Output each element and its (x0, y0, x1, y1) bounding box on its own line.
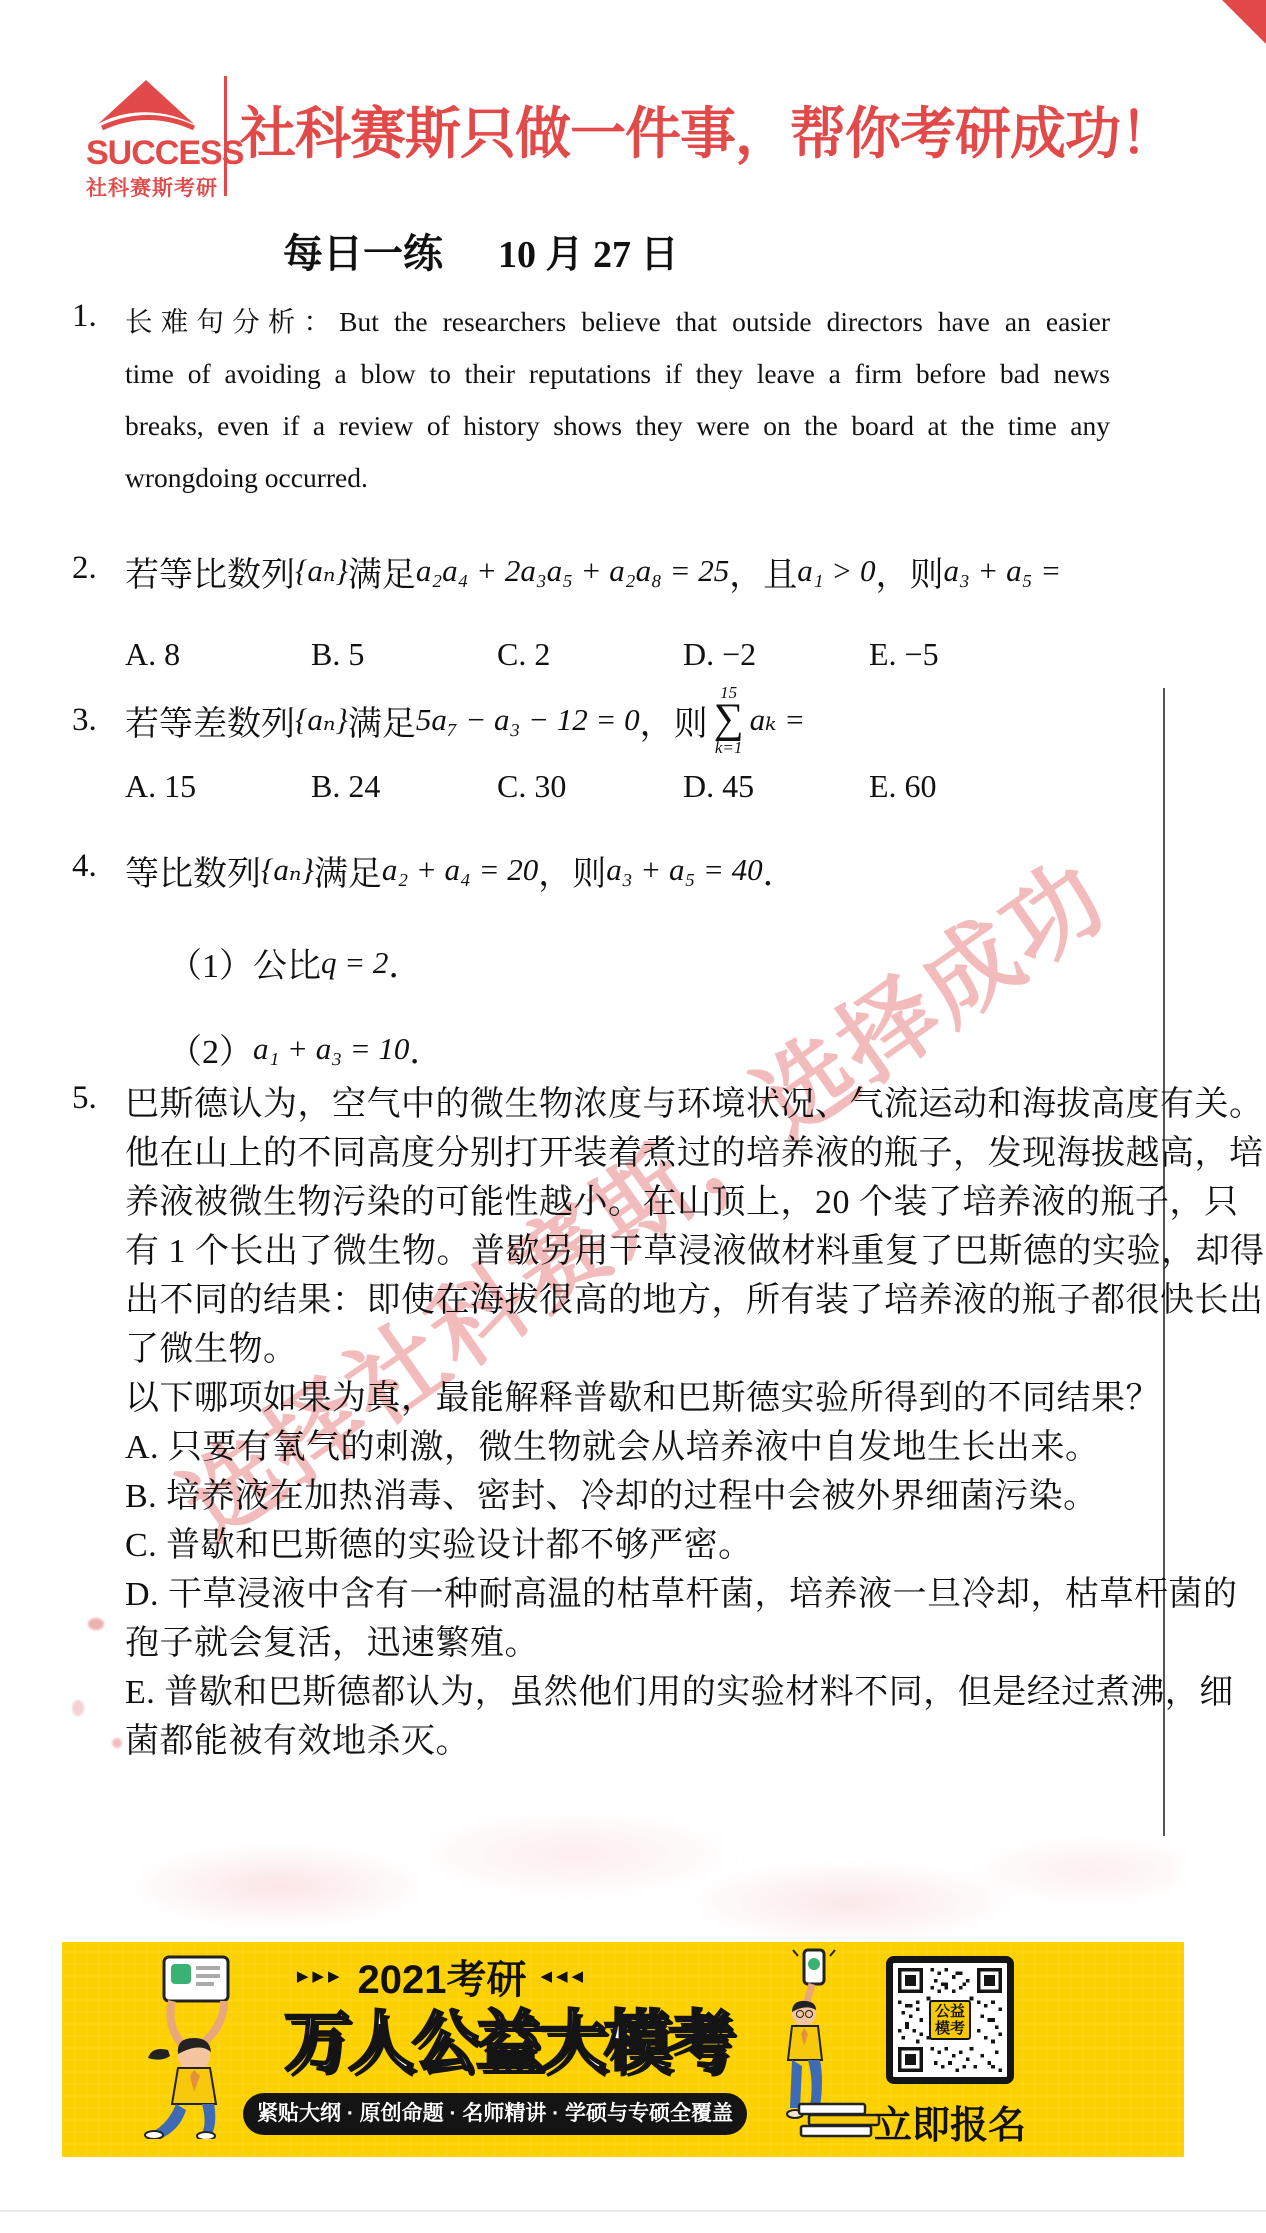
question-5-line: 巴斯德认为，空气中的微生物浓度与环境状况、气流运动和海拔高度有关。 (125, 1080, 1265, 1129)
paint-speck (112, 1738, 122, 1748)
option-label: C. 30 (497, 768, 566, 805)
cartoon-girl-with-tablet (112, 1954, 262, 2139)
daily-practice-title: 每日一练 (283, 222, 443, 279)
page-title: 每日一练 10 月 27 日 (283, 222, 679, 279)
option-line: E. 普歇和巴斯德都认为，虽然他们用的实验材料不同，但是经过煮沸，细 (125, 1668, 1265, 1717)
formula: a₃ + a₅ = (943, 553, 1061, 589)
stem-text: 若等比数列 (125, 547, 295, 596)
option-label: A. 8 (125, 636, 180, 673)
logo-sub-text: 社科赛斯考研 (86, 172, 218, 202)
option-line: D. 干草浸液中含有一种耐高温的枯草杆菌，培养液一旦冷却，枯草杆菌的 (125, 1570, 1265, 1619)
question-5-number: 5. (72, 1080, 97, 1117)
question-4-sub-2: （2） a₁ + a₃ = 10 ． (168, 1024, 443, 1073)
stem-text: 满足 (348, 696, 416, 745)
summation-symbol: 15 ∑ k=1 (714, 684, 744, 756)
option-label: C. 2 (497, 636, 550, 673)
option-label: B. 24 (311, 768, 380, 805)
question-5-prompt: 以下哪项如果为真，最能解释普歇和巴斯德实验所得到的不同结果？ (125, 1374, 1265, 1423)
stem-text: ． (763, 846, 797, 895)
stem-text: ，则 (538, 846, 606, 895)
sequence-notation: {aₙ} (295, 702, 348, 738)
option-line: A. 只要有氧气的刺激，微生物就会从培养液中自发地生长出来。 (125, 1423, 1265, 1472)
sequence-notation: {aₙ} (261, 852, 314, 888)
question-4-sub-1: （1）公比 q = 2 ． (168, 938, 422, 987)
question-5-line: 了微生物。 (125, 1325, 1265, 1374)
question-1-line: time of avoiding a blow to their reputat… (125, 348, 1110, 400)
promo-banner: ▶▶▶ 2021考研 ◀◀◀ 万人公益大模考 紧贴大纲 · 原创命题 · 名师精… (62, 1942, 1184, 2157)
question-1-line: 长难句分析：But the researchers believe that o… (125, 296, 1110, 348)
formula: aₖ = (750, 702, 805, 738)
formula: a₁ + a₃ = 10 (253, 1031, 409, 1067)
corner-triangle (1222, 0, 1266, 44)
option-label: E. 60 (869, 768, 937, 805)
stem-text: 等比数列 (125, 846, 261, 895)
formula: a₂ + a₄ = 20 (382, 852, 538, 888)
stem-text: ． (409, 1024, 443, 1073)
stem-text: 满足 (314, 846, 382, 895)
formula: a₁ > 0 (797, 553, 875, 589)
option-label: E. −5 (869, 636, 939, 673)
question-5-line: 出不同的结果：即使在海拔很高的地方，所有装了培养液的瓶子都很快长出 (125, 1276, 1265, 1325)
stem-text: 满足 (348, 547, 416, 596)
option-label: D. −2 (683, 636, 756, 673)
paint-speck (72, 1700, 84, 1716)
question-4-stem: 等比数列 {aₙ} 满足 a₂ + a₄ = 20 ，则 a₃ + a₅ = 4… (125, 846, 797, 894)
header-divider (224, 76, 227, 196)
question-3-stem: 若等差数列 {aₙ} 满足 5a₇ − a₃ − 12 = 0 ，则 15 ∑ … (125, 670, 805, 770)
option-line: 菌都能被有效地杀灭。 (125, 1717, 1265, 1766)
question-1: 长难句分析：But the researchers believe that o… (125, 296, 1110, 504)
stem-text: ． (388, 938, 422, 987)
banner-feature-pill: 紧贴大纲 · 原创命题 · 名师精讲 · 学硕与专硕全覆盖 (243, 2093, 747, 2135)
question-4-number: 4. (72, 848, 97, 885)
arrows-right-icon: ▶▶▶ (297, 1967, 344, 1986)
date-label: 10 月 27 日 (498, 223, 679, 278)
qr-code[interactable] (886, 1956, 1014, 2084)
question-3-options: A. 15 B. 24 C. 30 D. 45 E. 60 (0, 768, 1266, 812)
question-1-number: 1. (72, 298, 97, 335)
option-line: 孢子就会复活，迅速繁殖。 (125, 1619, 1265, 1668)
header-slogan: 社科赛斯只做一件事，帮你考研成功！ (240, 90, 1175, 170)
option-label: A. 15 (125, 768, 196, 805)
question-2-number: 2. (72, 550, 97, 587)
option-label: B. 5 (311, 636, 364, 673)
question-5-line: 有 1 个长出了微生物。普歇另用干草浸液做材料重复了巴斯德的实验，却得 (125, 1227, 1265, 1276)
option-label: D. 45 (683, 768, 754, 805)
question-3-number: 3. (72, 702, 97, 739)
sum-lower-limit: k=1 (715, 739, 743, 756)
banner-main-title: 万人公益大模考 (284, 1988, 732, 2083)
option-line: C. 普歇和巴斯德的实验设计都不够严密。 (125, 1521, 1265, 1570)
stem-text: ，则 (640, 696, 708, 745)
stem-text: ，且 (729, 547, 797, 596)
logo-brand-text: SUCCESS (86, 134, 243, 173)
sequence-notation: {aₙ} (295, 553, 348, 589)
paint-speck (88, 1618, 104, 1630)
formula: q = 2 (321, 945, 388, 981)
stem-text: ，则 (875, 547, 943, 596)
question-5-line: 他在山上的不同高度分别打开装着煮过的培养液的瓶子，发现海拔越高，培 (125, 1129, 1265, 1178)
signup-button[interactable]: 立即报名 (874, 2094, 1026, 2149)
formula: a₂a₄ + 2a₃a₅ + a₂a₈ = 25 (416, 553, 729, 589)
stem-text: 若等差数列 (125, 696, 295, 745)
success-logo-mountain-icon (98, 78, 198, 141)
arrows-left-icon: ◀◀◀ (540, 1967, 587, 1986)
question-2-stem: 若等比数列 {aₙ} 满足 a₂a₄ + 2a₃a₅ + a₂a₈ = 25 ，… (125, 548, 1061, 594)
question-5: 巴斯德认为，空气中的微生物浓度与环境状况、气流运动和海拔高度有关。 他在山上的不… (125, 1080, 1265, 1766)
page-bottom-edge (0, 2210, 1266, 2212)
question-1-line: breaks, even if a review of history show… (125, 400, 1110, 452)
sub-item-label: （2） (168, 1024, 253, 1073)
question-1-line: wrongdoing occurred. (125, 452, 1110, 504)
document-page: SUCCESS 社科赛斯考研 社科赛斯只做一件事，帮你考研成功！ 每日一练 10… (0, 0, 1266, 2233)
option-line: B. 培养液在加热消毒、密封、冷却的过程中会被外界细菌污染。 (125, 1472, 1265, 1521)
question-5-line: 养液被微生物污染的可能性越小。在山顶上，20 个装了培养液的瓶子，只 (125, 1178, 1265, 1227)
formula: 5a₇ − a₃ − 12 = 0 (416, 702, 640, 738)
sigma-icon: ∑ (714, 701, 744, 739)
formula: a₃ + a₅ = 40 (606, 852, 762, 888)
sub-item-label: （1）公比 (168, 938, 321, 987)
watercolor-splash (80, 1790, 1180, 1950)
